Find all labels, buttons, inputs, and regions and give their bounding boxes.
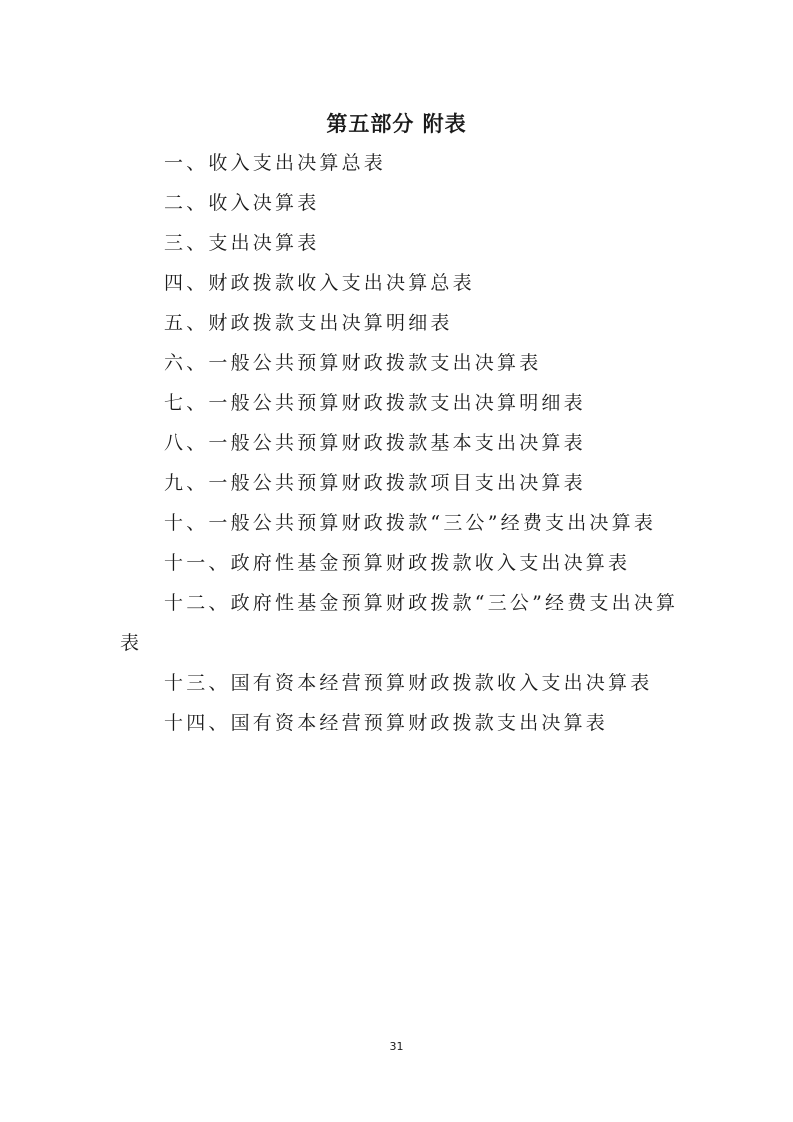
list-item: 十二、政府性基金预算财政拨款“三公”经费支出决算	[164, 588, 678, 615]
list-item: 一、收入支出决算总表	[164, 148, 386, 175]
list-item: 十三、国有资本经营预算财政拨款收入支出决算表	[164, 668, 652, 695]
list-item: 四、财政拨款收入支出决算总表	[164, 268, 475, 295]
list-item: 十四、国有资本经营预算财政拨款支出决算表	[164, 708, 608, 735]
list-item: 三、支出决算表	[164, 228, 319, 255]
list-item: 七、一般公共预算财政拨款支出决算明细表	[164, 388, 586, 415]
list-item: 六、一般公共预算财政拨款支出决算表	[164, 348, 541, 375]
list-item: 八、一般公共预算财政拨款基本支出决算表	[164, 428, 586, 455]
list-item: 九、一般公共预算财政拨款项目支出决算表	[164, 468, 586, 495]
page-title: 第五部分 附表	[0, 108, 793, 138]
list-item-continuation: 表	[120, 628, 139, 655]
list-item: 十、一般公共预算财政拨款“三公”经费支出决算表	[164, 508, 656, 535]
list-item: 二、收入决算表	[164, 188, 319, 215]
list-item: 五、财政拨款支出决算明细表	[164, 308, 453, 335]
list-item: 十一、政府性基金预算财政拨款收入支出决算表	[164, 548, 630, 575]
page-number: 31	[0, 1040, 793, 1053]
